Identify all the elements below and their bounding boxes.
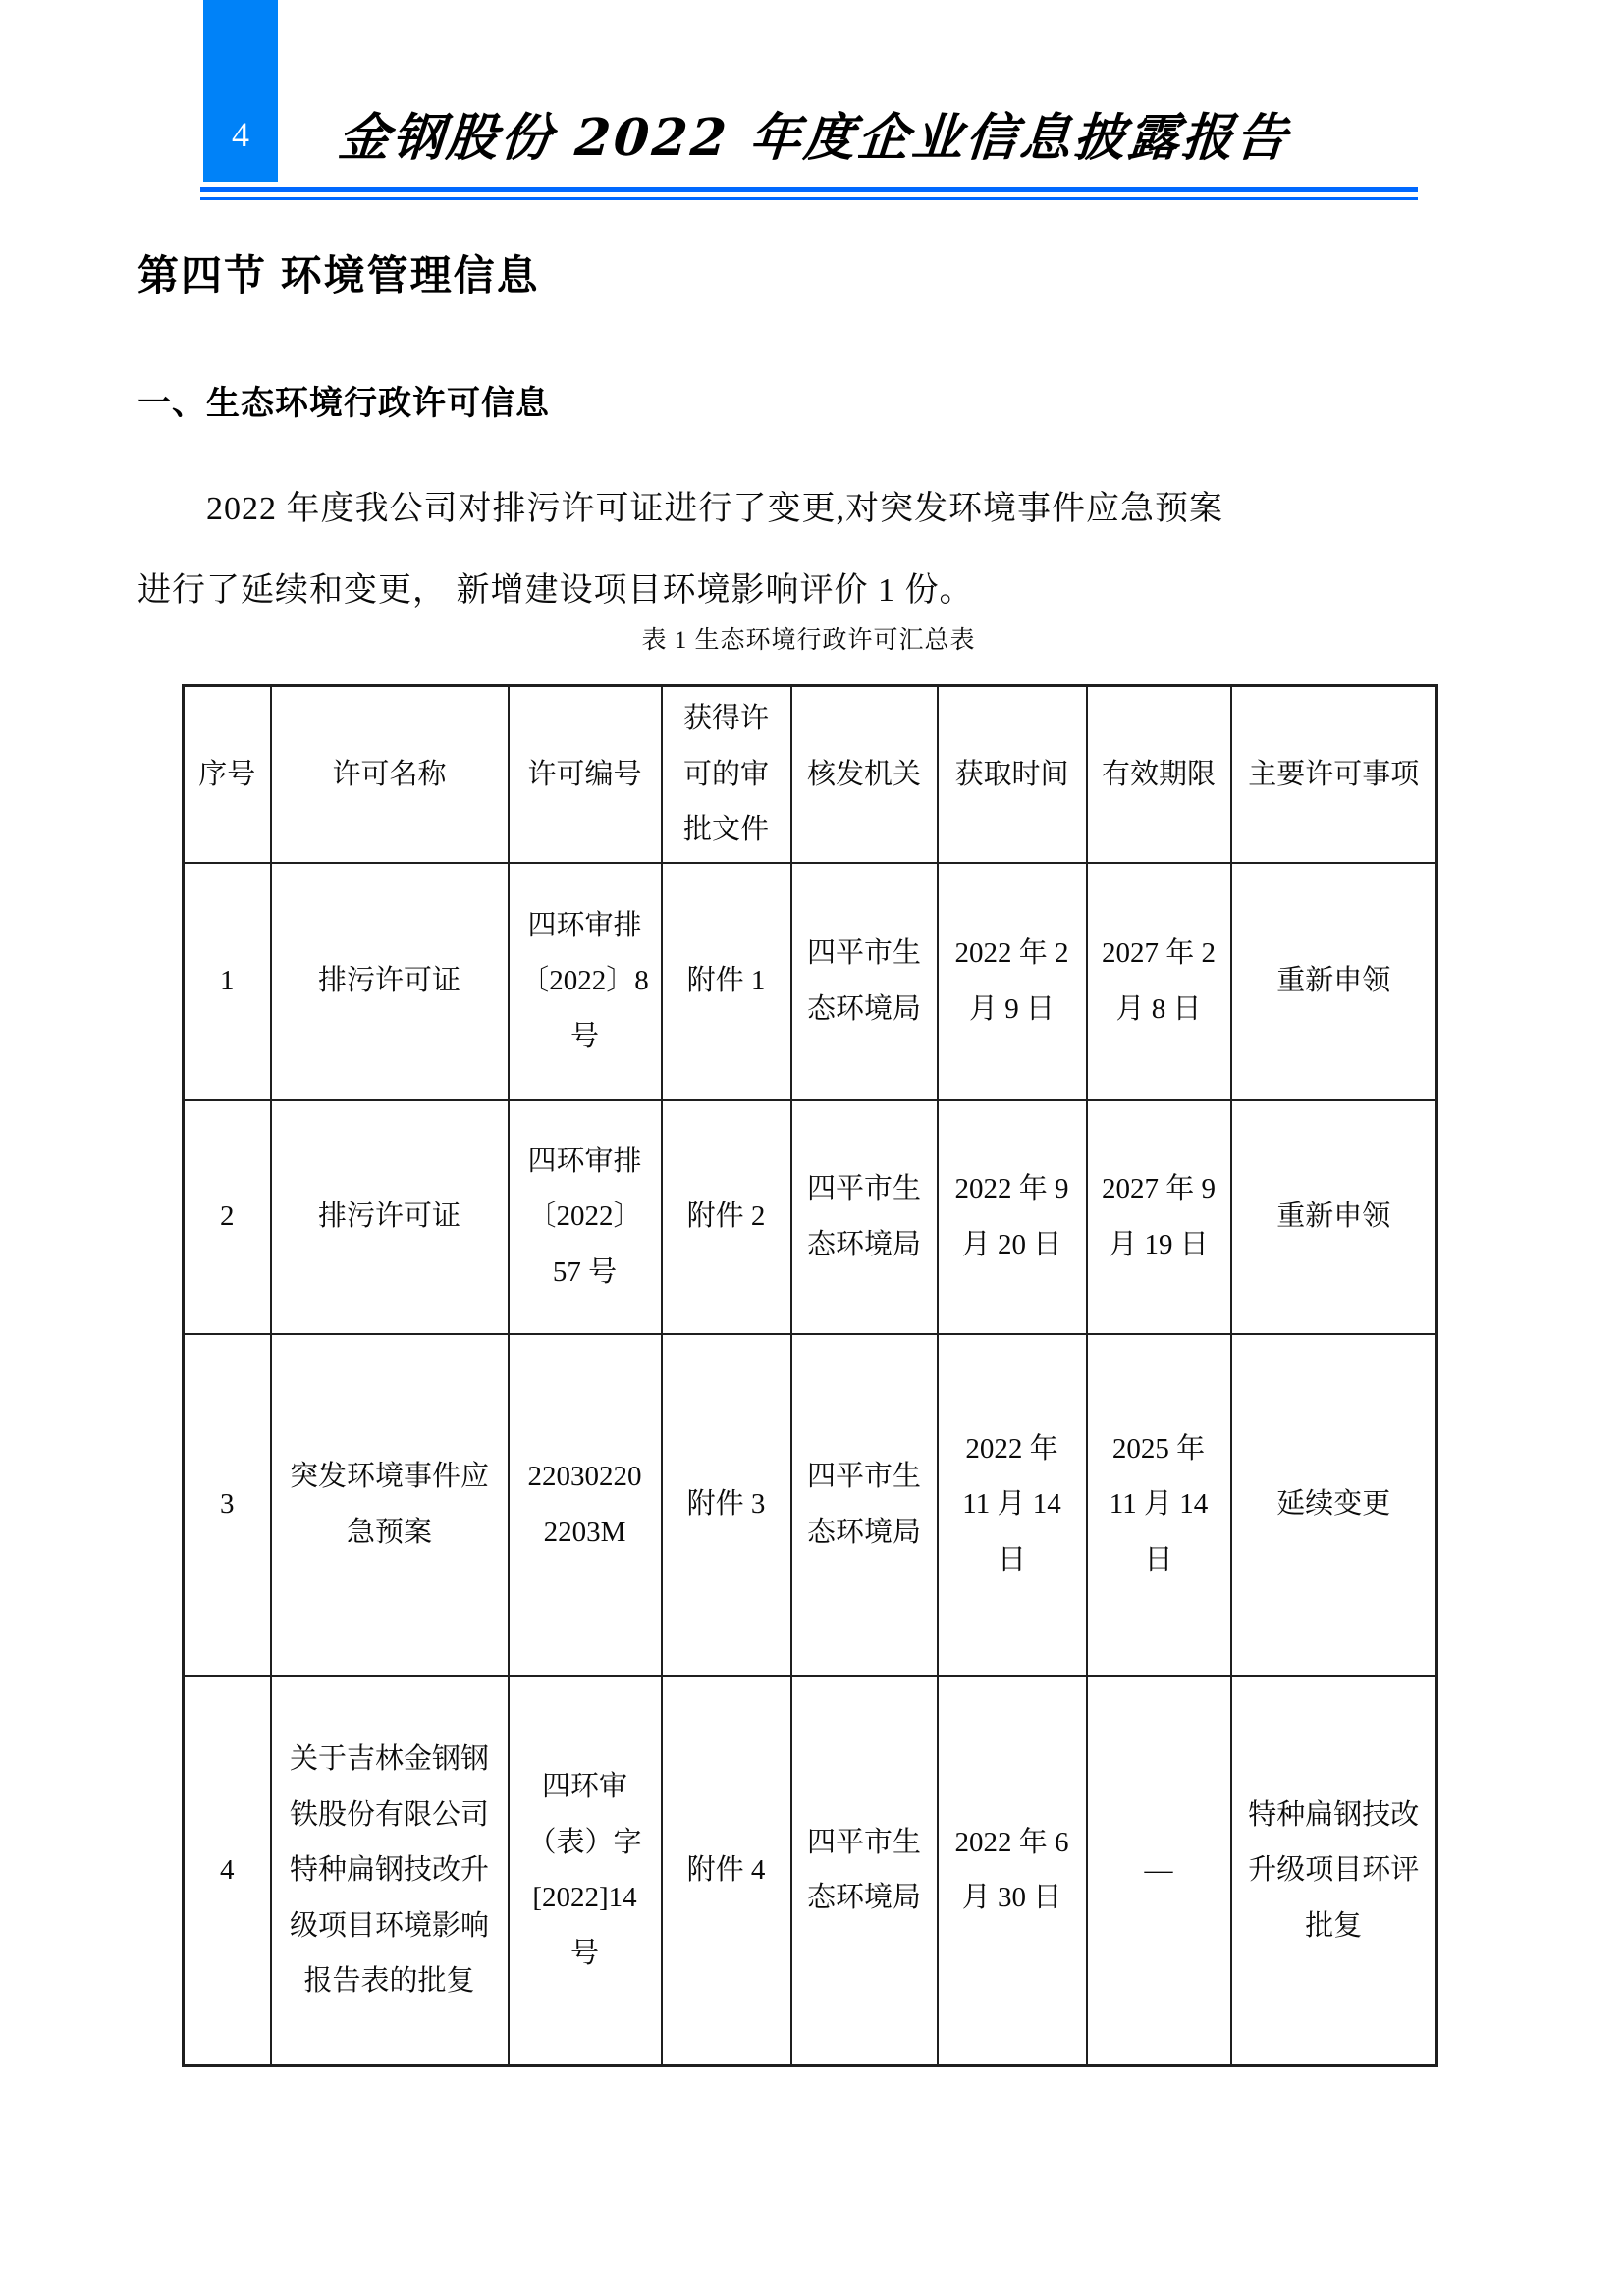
permits-table: 序号 许可名称 许可编号 获得许 可的审 批文件 核发机关 获取时间 有效期限 … (182, 684, 1438, 2067)
header-cell-main-items: 主要许可事项 (1231, 686, 1437, 863)
cell-main-items: 重新申领 (1231, 863, 1437, 1100)
cell-permit-name: 突发环境事件应 急预案 (271, 1334, 509, 1676)
header-cell-valid-until: 有效期限 (1087, 686, 1231, 863)
cell-issuing-authority: 四平市生 态环境局 (791, 1676, 938, 2066)
paragraph-line-2: 进行了延续和变更， 新增建设项目环境影响评价 1 份。 (137, 570, 1439, 613)
header-cell-permit-name: 许可名称 (271, 686, 509, 863)
cell-issuing-authority: 四平市生 态环境局 (791, 1334, 938, 1676)
cell-permit-name: 排污许可证 (271, 863, 509, 1100)
cell-permit-no: 22030220 2203M (509, 1334, 662, 1676)
page-number: 4 (232, 117, 249, 152)
cell-issuing-authority: 四平市生 态环境局 (791, 1100, 938, 1334)
paragraph-line-1: 2022 年度我公司对排污许可证进行了变更,对突发环境事件应急预案 (137, 489, 1439, 531)
cell-index: 2 (184, 1100, 271, 1334)
table-row: 2 排污许可证 四环审排 〔2022〕 57 号 附件 2 四平市生 态环境局 … (184, 1100, 1437, 1334)
table-caption: 表 1 生态环境行政许可汇总表 (182, 620, 1435, 656)
cell-issuing-authority: 四平市生 态环境局 (791, 863, 938, 1100)
cell-obtain-date: 2022 年 6 月 30 日 (938, 1676, 1087, 2066)
cell-obtain-date: 2022 年 11 月 14 日 (938, 1334, 1087, 1676)
cell-main-items: 延续变更 (1231, 1334, 1437, 1676)
report-header-title: 金钢股份 2022 年度企业信息披露报告 (336, 96, 1292, 170)
cell-permit-name: 关于吉林金钢钢 铁股份有限公司 特种扁钢技改升 级项目环境影响 报告表的批复 (271, 1676, 509, 2066)
cell-obtain-date: 2022 年 2 月 9 日 (938, 863, 1087, 1100)
cell-permit-no: 四环审 （表）字 [2022]14 号 (509, 1676, 662, 2066)
header-cell-issuing-authority: 核发机关 (791, 686, 938, 863)
cell-permit-name: 排污许可证 (271, 1100, 509, 1334)
header-cell-approval-doc: 获得许 可的审 批文件 (662, 686, 791, 863)
cell-index: 3 (184, 1334, 271, 1676)
table-row: 1 排污许可证 四环审排 〔2022〕8 号 附件 1 四平市生 态环境局 20… (184, 863, 1437, 1100)
cell-main-items: 特种扁钢技改 升级项目环评 批复 (1231, 1676, 1437, 2066)
header-cell-permit-no: 许可编号 (509, 686, 662, 863)
cell-main-items: 重新申领 (1231, 1100, 1437, 1334)
cell-obtain-date: 2022 年 9 月 20 日 (938, 1100, 1087, 1334)
subsection-title: 一、生态环境行政许可信息 (137, 376, 550, 424)
header-divider-thick (200, 187, 1418, 192)
cell-approval-doc: 附件 3 (662, 1334, 791, 1676)
header-divider-thin (200, 197, 1418, 200)
cell-permit-no: 四环审排 〔2022〕 57 号 (509, 1100, 662, 1334)
table-row: 4 关于吉林金钢钢 铁股份有限公司 特种扁钢技改升 级项目环境影响 报告表的批复… (184, 1676, 1437, 2066)
page-number-box: 4 (203, 0, 278, 182)
cell-permit-no: 四环审排 〔2022〕8 号 (509, 863, 662, 1100)
cell-index: 4 (184, 1676, 271, 2066)
header-cell-obtain-date: 获取时间 (938, 686, 1087, 863)
cell-approval-doc: 附件 4 (662, 1676, 791, 2066)
table-row: 3 突发环境事件应 急预案 22030220 2203M 附件 3 四平市生 态… (184, 1334, 1437, 1676)
cell-valid-until: 2027 年 2 月 8 日 (1087, 863, 1231, 1100)
cell-index: 1 (184, 863, 271, 1100)
cell-valid-until: 2027 年 9 月 19 日 (1087, 1100, 1231, 1334)
table-header-row: 序号 许可名称 许可编号 获得许 可的审 批文件 核发机关 获取时间 有效期限 … (184, 686, 1437, 863)
cell-valid-until: — (1087, 1676, 1231, 2066)
cell-valid-until: 2025 年 11 月 14 日 (1087, 1334, 1231, 1676)
cell-approval-doc: 附件 2 (662, 1100, 791, 1334)
document-page: 4 金钢股份 2022 年度企业信息披露报告 第四节 环境管理信息 一、生态环境… (0, 0, 1624, 2296)
section-title: 第四节 环境管理信息 (137, 243, 540, 302)
cell-approval-doc: 附件 1 (662, 863, 791, 1100)
header-cell-index: 序号 (184, 686, 271, 863)
